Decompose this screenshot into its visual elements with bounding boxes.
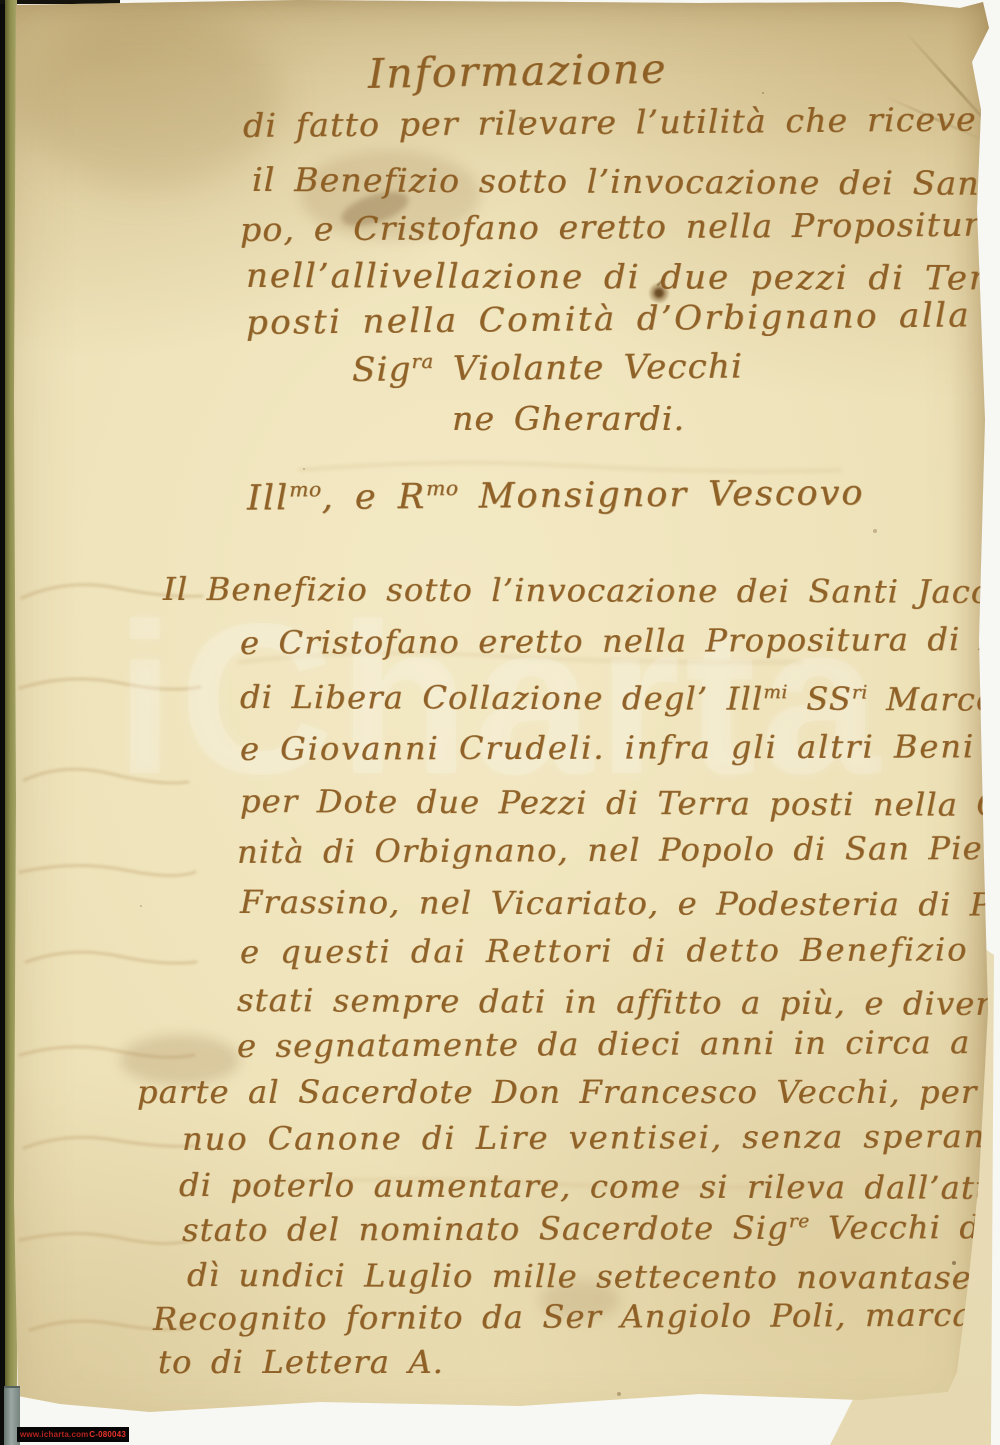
addressee-line: Sigra Violante Vecchi (352, 347, 743, 390)
body-line: Il Benefizio sotto l’invocazione dei San… (163, 570, 1000, 611)
body-line: e segnatamente da dieci anni in circa a … (237, 1022, 1000, 1065)
salutation-part: Monsignor Vescovo (458, 473, 864, 517)
manuscript-page: iCharta Informazione di fatto per rileva… (0, 0, 1000, 1445)
body-line: per Dote due Pezzi di Terra posti nella … (240, 782, 1000, 825)
body-part: stato del nominato Sacerdote Sig (182, 1209, 789, 1249)
body-line: Recognito fornito da Ser Angiolo Poli, m… (153, 1296, 1000, 1338)
body-superscript: ri (852, 682, 868, 703)
addressee-name: Violante Vecchi (434, 347, 744, 390)
addressee-line-2: ne Gherardi. (452, 399, 685, 438)
salutation-part: Ill (247, 478, 290, 518)
header-line: po, e Cristofano eretto nella Propositur… (240, 204, 1000, 249)
archival-label-bar: www.icharta.com C-080043 (17, 1427, 129, 1442)
doc-title: Informazione (368, 45, 668, 98)
scan-edge-top (0, 0, 120, 4)
addressee-prefix: Sig (352, 349, 412, 390)
body-part: Vecchi del (810, 1208, 1000, 1247)
body-line: e Cristofano eretto nella Propositura di… (240, 620, 1000, 662)
salutation-superscript: mo (426, 476, 459, 500)
body-line: stato del nominato Sacerdote Sigre Vecch… (182, 1208, 1000, 1249)
body-line: Frassino, nel Vicariato, e Podesteria di… (240, 883, 1000, 924)
body-part: di Libera Collazione degl’ Ill (240, 678, 763, 718)
body-line: e questi dai Rettori di detto Benefizio … (240, 930, 1000, 971)
salutation-superscript: mo (289, 477, 322, 501)
header-line: posti nella Comità d’Orbignano alla (246, 295, 971, 343)
body-part: Marco (868, 680, 997, 718)
body-line: di poterlo aumentare, come si rileva dal… (179, 1166, 1000, 1207)
header-line: di fatto per rilevare l’utilità che rice… (243, 100, 977, 145)
body-superscript: re (789, 1211, 810, 1232)
body-superscript: mi (763, 682, 788, 703)
body-line: e Giovanni Crudeli. infra gli altri Beni… (240, 727, 1000, 768)
addressee-superscript: ra (411, 350, 433, 373)
body-part: SS (788, 680, 852, 718)
body-line: dì undici Luglio mille settecento novant… (187, 1256, 1000, 1297)
body-line: di Libera Collazione degl’ Illmi SSri Ma… (240, 678, 997, 719)
header-line: il Benefizio sotto l’invocazione dei San… (252, 160, 1000, 204)
body-line: nuo Canone di Lire ventisei, senza spera… (182, 1117, 1000, 1158)
body-line: stati sempre dati in affitto a più, e di… (237, 981, 1000, 1023)
salutation-part: , e R (321, 477, 426, 518)
label-code-text: C-080043 (89, 1430, 126, 1439)
label-site-text: www.icharta.com (20, 1430, 89, 1439)
body-line: to di Lettera A. (158, 1343, 444, 1381)
body-line: nità di Orbignano, nel Popolo di San Pie… (237, 829, 1000, 871)
header-line: nell’allivellazione di due pezzi di Terr… (246, 256, 1000, 299)
body-line-with-margin-word: parte al Sacerdote Don Francesco Vecchi,… (137, 1073, 1000, 1111)
salutation-line: Illmo, e Rmo Monsignor Vescovo (247, 473, 865, 519)
